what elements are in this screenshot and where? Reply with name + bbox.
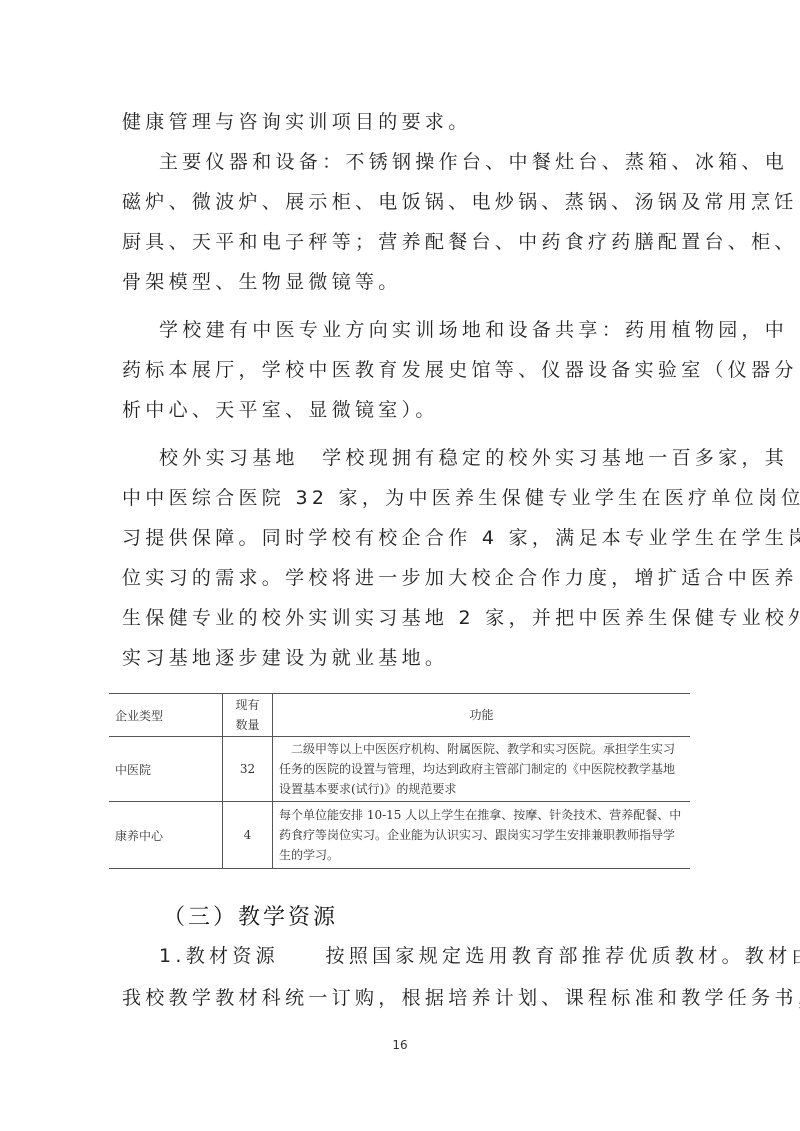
paragraph-line: 1.教材资源 按照国家规定选用教育部推荐优质教材。教材由 [159, 944, 800, 968]
paragraph-line: 学校建有中医专业方向实训场地和设备共享：药用植物园，中 [159, 318, 788, 342]
page-number: 16 [0, 1038, 800, 1052]
cell-function: 二级甲等以上中医医疗机构、附属医院、教学和实习医院。承担学生实习任务的医院的设置… [273, 737, 691, 802]
header-enterprise-type: 企业类型 [109, 694, 223, 737]
paragraph-line: 中中医综合医院 32 家，为中医养生保健专业学生在医疗单位岗位实 [122, 486, 800, 510]
practice-base-table: 企业类型 现有 数量 功能 中医院 32 二级甲等以上中医医疗机构、附属医院、教… [109, 693, 690, 869]
header-count-line: 现有 [223, 695, 272, 715]
paragraph-line: 药标本展厅，学校中医教育发展史馆等、仪器设备实验室（仪器分 [122, 358, 798, 382]
header-current-count: 现有 数量 [223, 694, 273, 737]
cell-type: 康养中心 [109, 802, 223, 869]
paragraph-line: 实习基地逐步建设为就业基地。 [122, 646, 448, 670]
cell-count: 4 [223, 802, 273, 869]
table-row: 康养中心 4 每个单位能安排 10-15 人以上学生在推拿、按摩、针灸技术、营养… [109, 802, 690, 869]
document-page: 健康管理与咨询实训项目的要求。 主要仪器和设备：不锈钢操作台、中餐灶台、蒸箱、冰… [0, 0, 800, 1131]
paragraph-line: 位实习的需求。学校将进一步加大校企合作力度，增扩适合中医养 [122, 566, 798, 590]
cell-function: 每个单位能安排 10-15 人以上学生在推拿、按摩、针灸技术、营养配餐、中药食疗… [273, 802, 691, 869]
cell-count: 32 [223, 737, 273, 802]
paragraph-line: 磁炉、微波炉、展示柜、电饭锅、电炒锅、蒸锅、汤锅及常用烹饪 [122, 190, 798, 214]
paragraph-line: 主要仪器和设备：不锈钢操作台、中餐灶台、蒸箱、冰箱、电 [159, 150, 788, 174]
table-row: 中医院 32 二级甲等以上中医医疗机构、附属医院、教学和实习医院。承担学生实习任… [109, 737, 690, 802]
paragraph-line: 健康管理与咨询实训项目的要求。 [122, 110, 472, 134]
header-count-line: 数量 [223, 715, 272, 735]
paragraph-line: 我校教学教材科统一订购，根据培养计划、课程标准和教学任务书， [122, 986, 800, 1010]
paragraph-line: 校外实习基地 学校现拥有稳定的校外实习基地一百多家，其 [159, 446, 788, 470]
paragraph-line: 析中心、天平室、显微镜室）。 [122, 398, 439, 422]
paragraph-line: 习提供保障。同时学校有校企合作 4 家，满足本专业学生在学生岗 [122, 526, 800, 550]
paragraph-line: 生保健专业的校外实训实习基地 2 家，并把中医养生保健专业校外 [122, 606, 800, 630]
paragraph-line: 骨架模型、生物显微镜等。 [122, 270, 402, 294]
header-function: 功能 [273, 694, 691, 737]
paragraph-line: 厨具、天平和电子秤等；营养配餐台、中药食疗药膳配置台、柜、 [122, 230, 798, 254]
table-header-row: 企业类型 现有 数量 功能 [109, 694, 690, 737]
section-heading: （三）教学资源 [163, 900, 338, 931]
cell-type: 中医院 [109, 737, 223, 802]
